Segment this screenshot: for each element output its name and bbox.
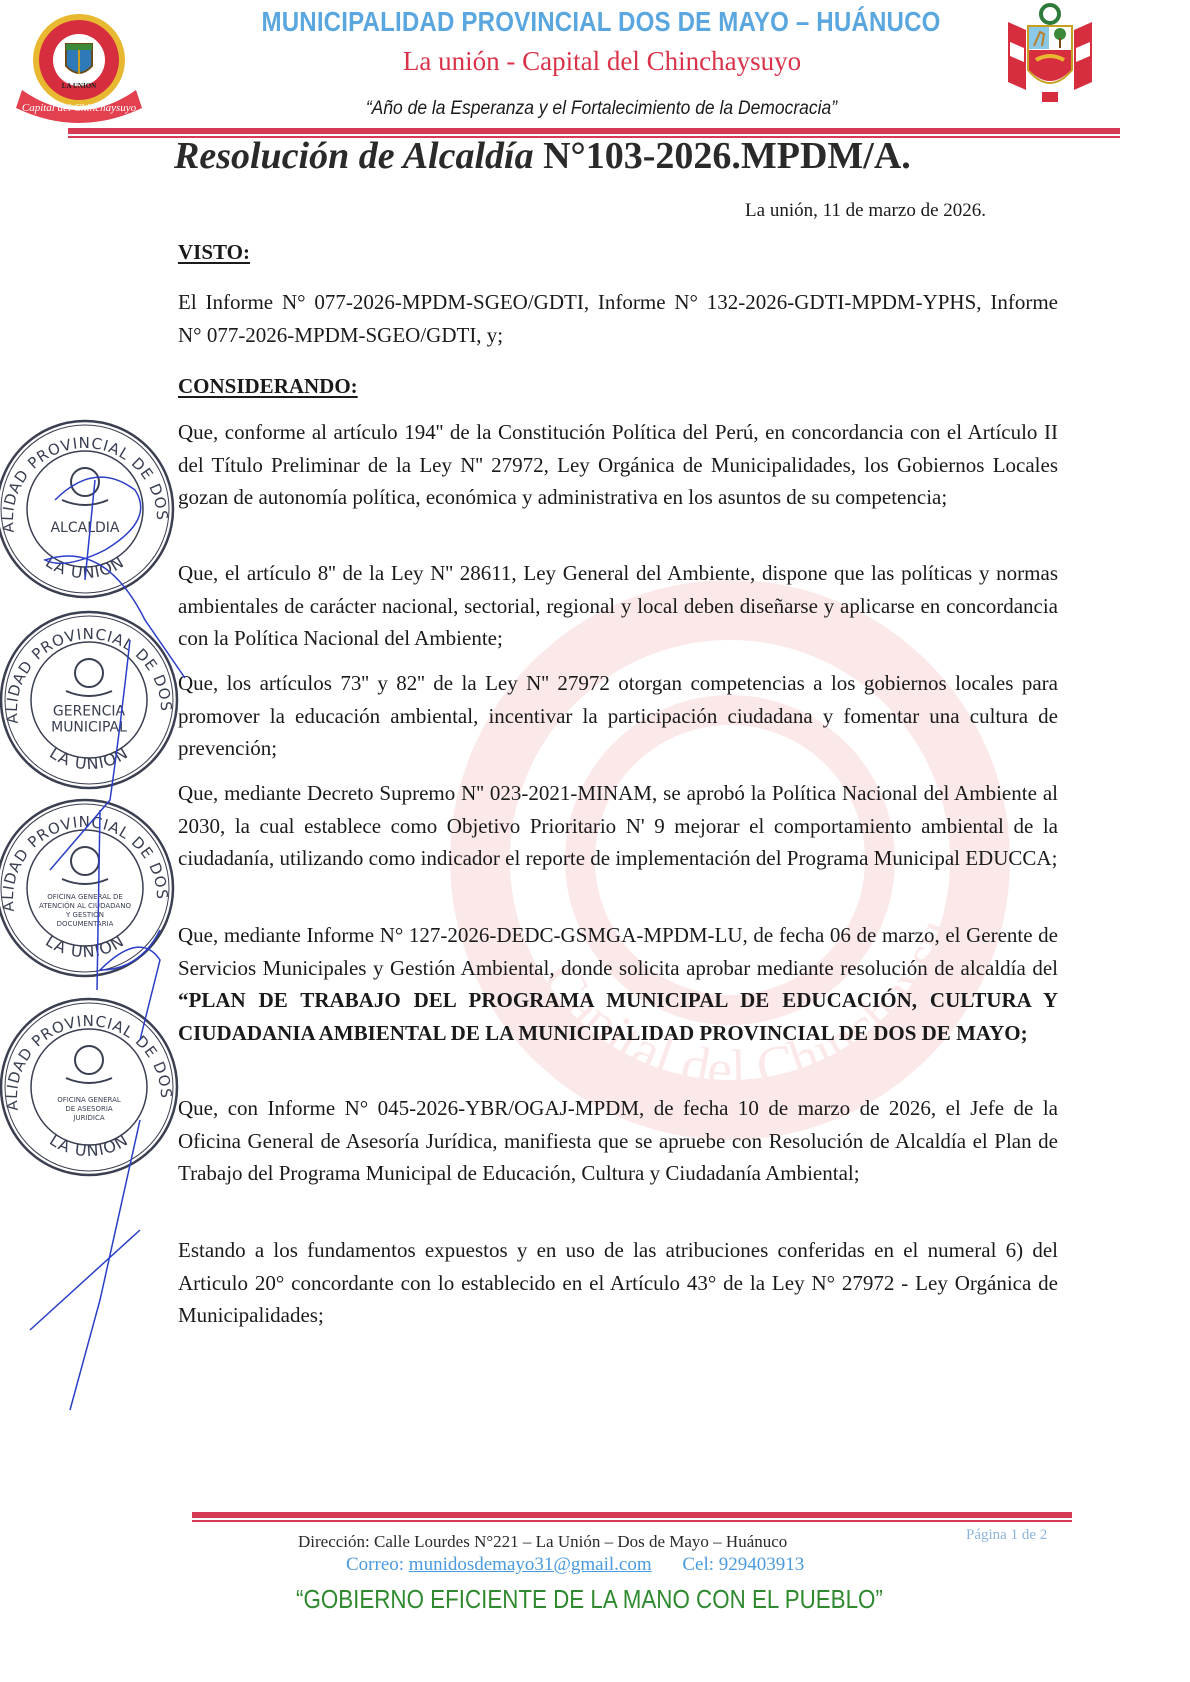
footer-divider (192, 1512, 1072, 1522)
considerando-paragraph-1: Que, conforme al artículo 194'' de la Co… (178, 416, 1058, 514)
municipality-title: MUNICIPALIDAD PROVINCIAL DOS DE MAYO – H… (83, 6, 1106, 38)
seal-center-text: Y GESTIÓN (65, 910, 104, 919)
footer-contact: Correo: munidosdemayo31@gmail.com Cel: 9… (346, 1554, 804, 1576)
svg-text:LA UNION: LA UNION (46, 1130, 131, 1160)
considerando-paragraph-2: Que, el artículo 8'' de la Ley N'' 28611… (178, 557, 1058, 655)
seal-center-text: OFICINA GENERAL (57, 1096, 121, 1104)
considerando-paragraph-7: Estando a los fundamentos expuestos y en… (178, 1234, 1058, 1332)
email-link[interactable]: munidosdemayo31@gmail.com (409, 1554, 652, 1575)
seal-center-text: ATENCIÓN AL CIUDADANO (39, 901, 131, 910)
svg-text:MUNICIPALIDAD PROVINCIAL DE DO: MUNICIPALIDAD PROVINCIAL DE DOS DE MAYO (0, 414, 171, 534)
svg-text:LA UNION: LA UNION (46, 743, 131, 773)
seal-icon: MUNICIPALIDAD PROVINCIAL DE DOS DE MAYO … (0, 414, 180, 604)
seal-gerencia-municipal: MUNICIPALIDAD PROVINCIAL DE DOS DE MAYO … (0, 605, 184, 795)
plan-title-bold: “PLAN DE TRABAJO DEL PROGRAMA MUNICIPAL … (178, 988, 1058, 1045)
svg-text:LA UNION: LA UNION (42, 931, 127, 961)
considerando-paragraph-5: Que, mediante Informe N° 127-2026-DEDC-G… (178, 919, 1058, 1049)
seal-center-text: GERENCIA (53, 704, 126, 720)
resolution-title: Resolución de Alcaldía N°103-2026.MPDM/A… (174, 134, 911, 178)
resolution-number: N°103-2026.MPDM/A. (543, 135, 911, 177)
phone-number: Cel: 929403913 (682, 1554, 804, 1575)
resolution-title-label: Resolución de Alcaldía (174, 135, 534, 177)
svg-text:MUNICIPALIDAD PROVINCIAL DE DO: MUNICIPALIDAD PROVINCIAL DE DOS DE MAYO (0, 992, 175, 1112)
seal-center-text: MUNICIPAL (51, 720, 127, 736)
svg-text:LA UNION: LA UNION (42, 552, 127, 582)
seal-icon: MUNICIPALIDAD PROVINCIAL DE DOS DE MAYO … (0, 793, 180, 983)
municipality-subtitle: La unión - Capital del Chinchaysuyo (0, 46, 1190, 77)
seal-center-text: DOCUMENTARIA (57, 920, 114, 928)
seal-alcaldia: MUNICIPALIDAD PROVINCIAL DE DOS DE MAYO … (0, 414, 180, 604)
considerando-paragraph-3: Que, los artículos 73'' y 82'' de la Ley… (178, 667, 1058, 765)
seal-icon: MUNICIPALIDAD PROVINCIAL DE DOS DE MAYO … (0, 992, 184, 1182)
svg-text:LA UNION: LA UNION (62, 82, 96, 90)
considerando-paragraph-6: Que, con Informe N° 045-2026-YBR/OGAJ-MP… (178, 1092, 1058, 1190)
page-number: Página 1 de 2 (966, 1527, 1047, 1544)
considerando-heading: CONSIDERANDO: (178, 374, 358, 399)
visto-text: El Informe N° 077-2026-MPDM-SGEO/GDTI, I… (178, 286, 1058, 351)
seal-center-text: ALCALDIA (50, 520, 119, 536)
footer-address: Dirección: Calle Lourdes N°221 – La Unió… (298, 1532, 787, 1552)
informe-lead-text: Que, mediante Informe N° 127-2026-DEDC-G… (178, 923, 1058, 980)
seal-oficina-atencion-ciudadano: MUNICIPALIDAD PROVINCIAL DE DOS DE MAYO … (0, 793, 180, 983)
visto-heading: VISTO: (178, 240, 250, 265)
footer-motto: “GOBIERNO EFICIENTE DE LA MANO CON EL PU… (296, 1584, 883, 1615)
considerando-paragraph-4: Que, mediante Decreto Supremo N'' 023-20… (178, 777, 1058, 875)
seal-center-text: OFICINA GENERAL DE (47, 893, 123, 901)
seal-center-text: JURIDICA (72, 1114, 104, 1122)
year-motto: “Año de la Esperanza y el Fortalecimient… (48, 98, 1143, 120)
email-label: Correo: (346, 1554, 404, 1575)
seal-icon: MUNICIPALIDAD PROVINCIAL DE DOS DE MAYO … (0, 605, 184, 795)
date-line: La unión, 11 de marzo de 2026. (745, 200, 986, 222)
seal-oficina-asesoria-juridica: MUNICIPALIDAD PROVINCIAL DE DOS DE MAYO … (0, 992, 184, 1182)
seal-center-text: DE ASESORIA (65, 1105, 113, 1113)
